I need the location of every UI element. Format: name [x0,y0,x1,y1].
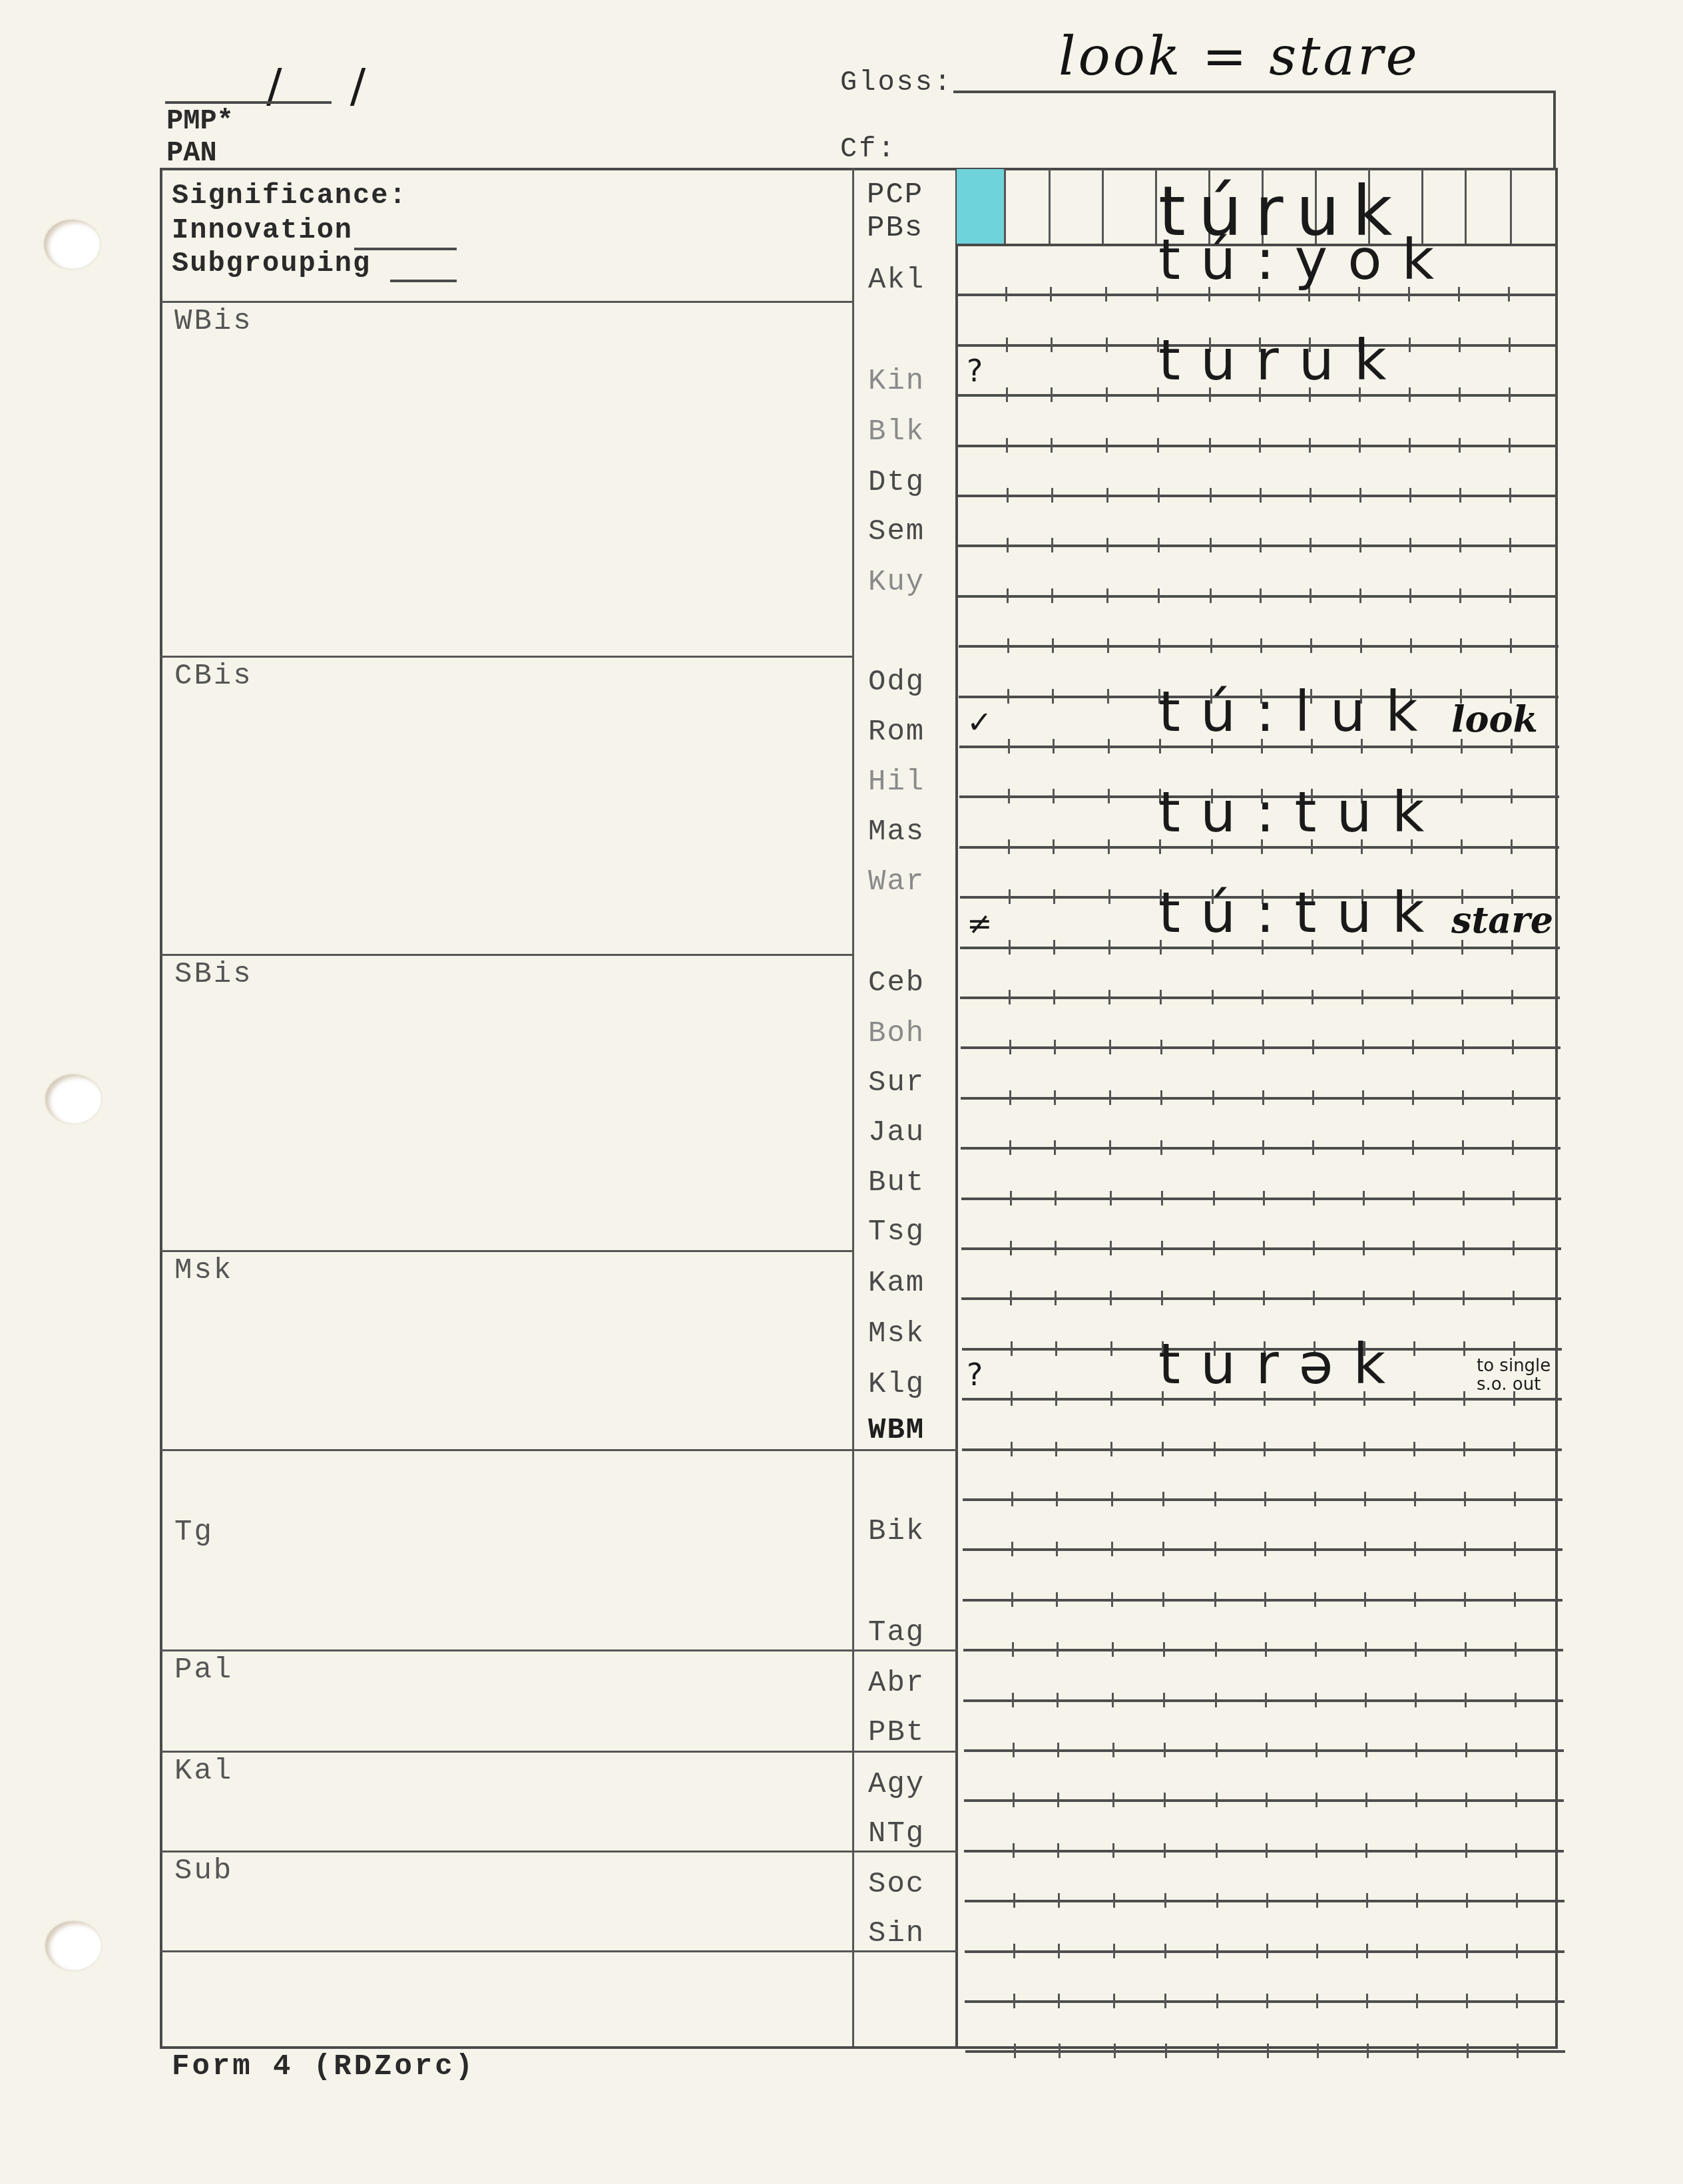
section-notes-tg[interactable] [164,1452,849,1647]
not-equal-icon: ≠ [967,905,993,941]
ruled-row-line [965,2000,1564,2003]
language-code-kuy: Kuy [868,566,925,599]
row-tick-mark [1417,2044,1419,2058]
language-code-kin: Kin [868,365,925,398]
entry-row-kam[interactable] [959,1200,1554,1246]
row-tick-mark [1164,1944,1166,1958]
row-tick-mark [1013,1994,1015,2008]
date-field[interactable]: / / [266,59,392,113]
language-code-but: But [868,1166,925,1200]
reconstruction-cell[interactable] [1004,170,1049,242]
ruled-row-line [965,2050,1565,2053]
row-tick-mark [1466,1944,1468,1958]
section-divider [160,1250,853,1252]
entry-row-msk[interactable] [959,1249,1554,1296]
entry-row-jau[interactable] [959,1049,1554,1096]
cognate-gloss: to single s.o. out [1477,1357,1576,1394]
section-divider [160,1851,957,1853]
row-tick-mark [1014,2044,1016,2058]
row-tick-mark [1416,1944,1418,1958]
significance-title: Significance: [172,180,407,212]
binder-hole-middle [45,1074,101,1124]
language-code-blk: Blk [868,415,925,449]
language-code-msk: Msk [868,1317,925,1351]
section-divider [160,1751,957,1753]
row-tick-mark [1164,1994,1166,2008]
row-tick-mark [1316,1944,1318,1958]
row-tick-mark [1013,1944,1015,1958]
row-tick-mark [1113,1994,1115,2008]
reconstruction-label-pbs: PBs [867,212,923,245]
table-left-border [160,168,162,2048]
language-code-sin: Sin [868,1917,925,1950]
date-underline [165,101,332,104]
language-code-jau: Jau [868,1116,925,1150]
language-code-bik: Bik [868,1515,925,1548]
section-notes-pal[interactable] [164,1652,849,1748]
language-code-kam: Kam [868,1267,925,1300]
row-tick-mark [1367,2044,1369,2058]
binder-hole-bottom [45,1921,101,1970]
table-bottom-border [160,2046,1558,2049]
row-tick-mark [1059,2044,1061,2058]
language-code-rom: Rom [868,716,925,749]
ruled-row-line [965,1950,1564,1953]
cognate-form: tú:luk [1158,679,1438,744]
entry-row-kuy[interactable] [959,547,1554,594]
row-tick-mark [1217,2044,1219,2058]
form-id: Form 4 (RDZorc) [172,2050,475,2083]
language-code-sem: Sem [868,515,925,548]
language-code-akl: Akl [868,264,925,297]
entry-row-odg[interactable] [959,597,1554,644]
cognate-form: tú:yok [1158,227,1454,292]
language-code-ceb: Ceb [868,967,925,1000]
language-code-pbt: PBt [868,1716,925,1749]
language-code-tag: Tag [868,1616,925,1649]
language-code-war: War [868,865,925,899]
cognate-form: tú:tuk [1158,880,1444,945]
section-notes-kal[interactable] [164,1753,849,1848]
section-notes-blank[interactable] [164,1953,849,2044]
entry-row-sur[interactable] [959,998,1554,1045]
row-tick-mark [1113,1944,1115,1958]
reconstruction-cell[interactable] [1049,170,1102,242]
row-tick-mark [1317,2044,1319,2058]
section-divider [160,656,853,658]
section-divider [160,1649,957,1651]
data-column-left-border [955,168,958,2048]
row-tick-mark [1517,2044,1519,2058]
proto-label-pmp: PMP* [166,105,234,137]
entry-row-tag[interactable] [959,1551,1554,1598]
proto-label-pan: PAN [166,137,217,169]
language-code-odg: Odg [868,666,925,699]
entry-row-agy[interactable] [959,1701,1554,1748]
cognate-form: turək [1158,1331,1405,1397]
innovation-label: Innovation [172,214,353,246]
entry-row-pbt[interactable] [959,1651,1554,1698]
gloss-underline [953,91,1555,93]
gloss-label: Gloss: [840,67,953,99]
ruled-row-line [959,846,1559,849]
language-code-abr: Abr [868,1667,925,1700]
ruled-row-line [962,1398,1562,1401]
section-divider [160,1950,957,1952]
language-code-agy: Agy [868,1768,925,1801]
reconstruction-cell[interactable] [1465,170,1510,242]
entry-row-boh[interactable] [959,949,1554,995]
reconstruction-cell[interactable] [1102,170,1155,242]
row-tick-mark [1216,1944,1218,1958]
language-code-dtg: Dtg [868,466,925,499]
language-code-klg: Klg [868,1368,925,1401]
entry-row-soc[interactable] [959,1802,1554,1849]
entry-row-dtg[interactable] [959,447,1554,493]
row-tick-mark [1216,1994,1218,2008]
row-tick-mark [1316,1994,1318,2008]
section-notes-cbis[interactable] [164,658,849,951]
section-notes-msk[interactable] [164,1253,849,1446]
language-code-hil: Hil [868,765,925,799]
entry-row-tsg[interactable] [959,1150,1554,1196]
subgrouping-label: Subgrouping [172,248,371,280]
entry-row-blk[interactable] [959,397,1554,443]
language-code-wbm: WBM [868,1414,925,1447]
row-tick-mark [1416,1994,1418,2008]
row-tick-mark [1467,2044,1469,2058]
entry-row-abr[interactable] [959,1601,1554,1647]
entry-row-sem[interactable] [959,497,1554,543]
section-divider [160,301,853,303]
subgrouping-field[interactable] [390,280,457,282]
language-code-ntg: NTg [868,1817,925,1851]
language-code-boh: Boh [868,1017,925,1050]
check-mark-icon: ✓ [967,704,993,740]
section-notes-wbis[interactable] [164,304,849,653]
row-tick-mark [1266,1994,1268,2008]
question-mark-icon: ? [967,353,983,389]
entry-row-sin[interactable] [959,1852,1554,1898]
row-tick-mark [1165,2044,1167,2058]
cognate-form: turuk [1158,328,1407,393]
question-mark-icon: ? [967,1357,983,1393]
entry-row-but[interactable] [959,1099,1554,1146]
section-divider [160,1449,957,1451]
label-column-left-border [852,168,854,2048]
ruled-row-line [965,1900,1564,1902]
cognate-form: tu:tuk [1158,779,1444,845]
row-tick-mark [1114,2044,1116,2058]
language-code-mas: Mas [868,815,925,849]
ruled-row-line [957,294,1557,296]
row-tick-mark [1058,1994,1060,2008]
table-right-border [1555,168,1558,2048]
cognate-gloss: look [1451,698,1538,740]
row-tick-mark [1267,2044,1269,2058]
entry-row-bik[interactable] [959,1450,1554,1497]
row-tick-mark [1058,1944,1060,1958]
reconstruction-cell[interactable] [957,170,1004,242]
gloss-value[interactable]: look = stare [1059,25,1420,87]
cognate-gloss: stare [1451,899,1553,941]
reconstruction-cell[interactable] [1510,170,1555,242]
section-notes-sbis[interactable] [164,957,849,1247]
row-tick-mark [1366,1994,1368,2008]
reconstruction-label-pcp: PCP [867,178,923,212]
language-code-sur: Sur [868,1066,925,1100]
row-tick-mark [1516,1944,1518,1958]
language-code-tsg: Tsg [868,1215,925,1249]
section-divider [160,954,853,956]
row-tick-mark [1366,1944,1368,1958]
ruled-row-line [963,1498,1563,1501]
row-tick-mark [1266,1944,1268,1958]
gloss-box-right-border [1553,91,1556,170]
cf-label: Cf: [840,133,897,165]
row-tick-mark [1516,1994,1518,2008]
row-tick-mark [1466,1994,1468,2008]
binder-hole-top [44,220,100,269]
language-code-soc: Soc [868,1868,925,1901]
section-notes-sub[interactable] [164,1853,849,1948]
entry-row-ntg[interactable] [959,1751,1554,1798]
